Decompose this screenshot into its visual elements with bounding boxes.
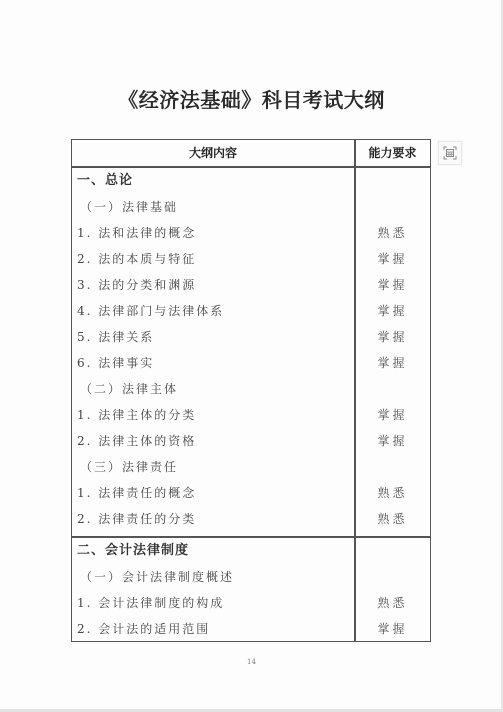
row-content: 1. 法和法律的概念 [77, 220, 196, 246]
row-content: 二、会计法律制度 [77, 538, 189, 564]
row-content: 1. 会计法律制度的构成 [77, 590, 224, 616]
row-requirement: 掌握 [355, 246, 430, 272]
row-requirement: 掌握 [355, 428, 430, 454]
table-row: （三）法律责任 [72, 454, 430, 480]
header-requirement: 能力要求 [355, 140, 430, 167]
table-row: 一、总论 [72, 168, 430, 194]
table-row: 1. 法律责任的概念 熟悉 [72, 480, 430, 506]
table-row: （一）法律基础 [72, 194, 430, 220]
row-content: 5. 法律关系 [77, 324, 154, 350]
page-number: 14 [0, 658, 503, 666]
row-content: 1. 法律责任的概念 [77, 480, 196, 506]
row-content: 1. 法律主体的分类 [77, 402, 196, 428]
row-requirement: 掌握 [355, 324, 430, 350]
row-content: 6. 法律事实 [77, 350, 154, 376]
row-content: （一）法律基础 [80, 194, 178, 220]
row-content: 2. 法律主体的资格 [77, 428, 196, 454]
row-requirement: 熟悉 [355, 480, 430, 506]
table-row: 1. 法和法律的概念 熟悉 [72, 220, 430, 246]
row-content: （一）会计法律制度概述 [80, 564, 234, 590]
table-row: 1. 会计法律制度的构成 熟悉 [72, 590, 430, 616]
document-title: 《经济法基础》科目考试大纲 [0, 84, 503, 113]
table-row: （二）法律主体 [72, 376, 430, 402]
table-row: 2. 法律主体的资格 掌握 [72, 428, 430, 454]
table-select-icon [443, 146, 457, 160]
table-select-button[interactable] [438, 141, 462, 165]
row-requirement: 掌握 [355, 272, 430, 298]
row-requirement: 掌握 [355, 402, 430, 428]
table-header: 大纲内容 能力要求 [72, 140, 430, 167]
table-row: （一）会计法律制度概述 [72, 564, 430, 590]
outline-table: 大纲内容 能力要求 一、总论 （一）法律基础 1. 法和法律的概念 熟悉 2. … [71, 139, 431, 642]
table-row: 2. 法的本质与特征 掌握 [72, 246, 430, 272]
table-row: 1. 法律主体的分类 掌握 [72, 402, 430, 428]
row-content: 2. 法律责任的分类 [77, 506, 196, 532]
table-row: 二、会计法律制度 [72, 538, 430, 564]
table-row: 2. 会计法的适用范围 掌握 [72, 616, 430, 642]
row-requirement: 掌握 [355, 616, 430, 642]
row-requirement: 掌握 [355, 298, 430, 324]
row-content: 3. 法的分类和渊源 [77, 272, 196, 298]
row-content: 4. 法律部门与法律体系 [77, 298, 224, 324]
row-content: （三）法律责任 [80, 454, 178, 480]
row-content: （二）法律主体 [80, 376, 178, 402]
row-content: 2. 会计法的适用范围 [77, 616, 210, 642]
header-content: 大纲内容 [72, 140, 354, 167]
row-requirement: 熟悉 [355, 220, 430, 246]
row-requirement: 熟悉 [355, 506, 430, 532]
table-row: 4. 法律部门与法律体系 掌握 [72, 298, 430, 324]
table-row: 2. 法律责任的分类 熟悉 [72, 506, 430, 532]
row-requirement: 掌握 [355, 350, 430, 376]
row-content: 一、总论 [77, 168, 133, 194]
table-row: 3. 法的分类和渊源 掌握 [72, 272, 430, 298]
row-content: 2. 法的本质与特征 [77, 246, 196, 272]
row-requirement: 熟悉 [355, 590, 430, 616]
table-row: 5. 法律关系 掌握 [72, 324, 430, 350]
table-row: 6. 法律事实 掌握 [72, 350, 430, 376]
